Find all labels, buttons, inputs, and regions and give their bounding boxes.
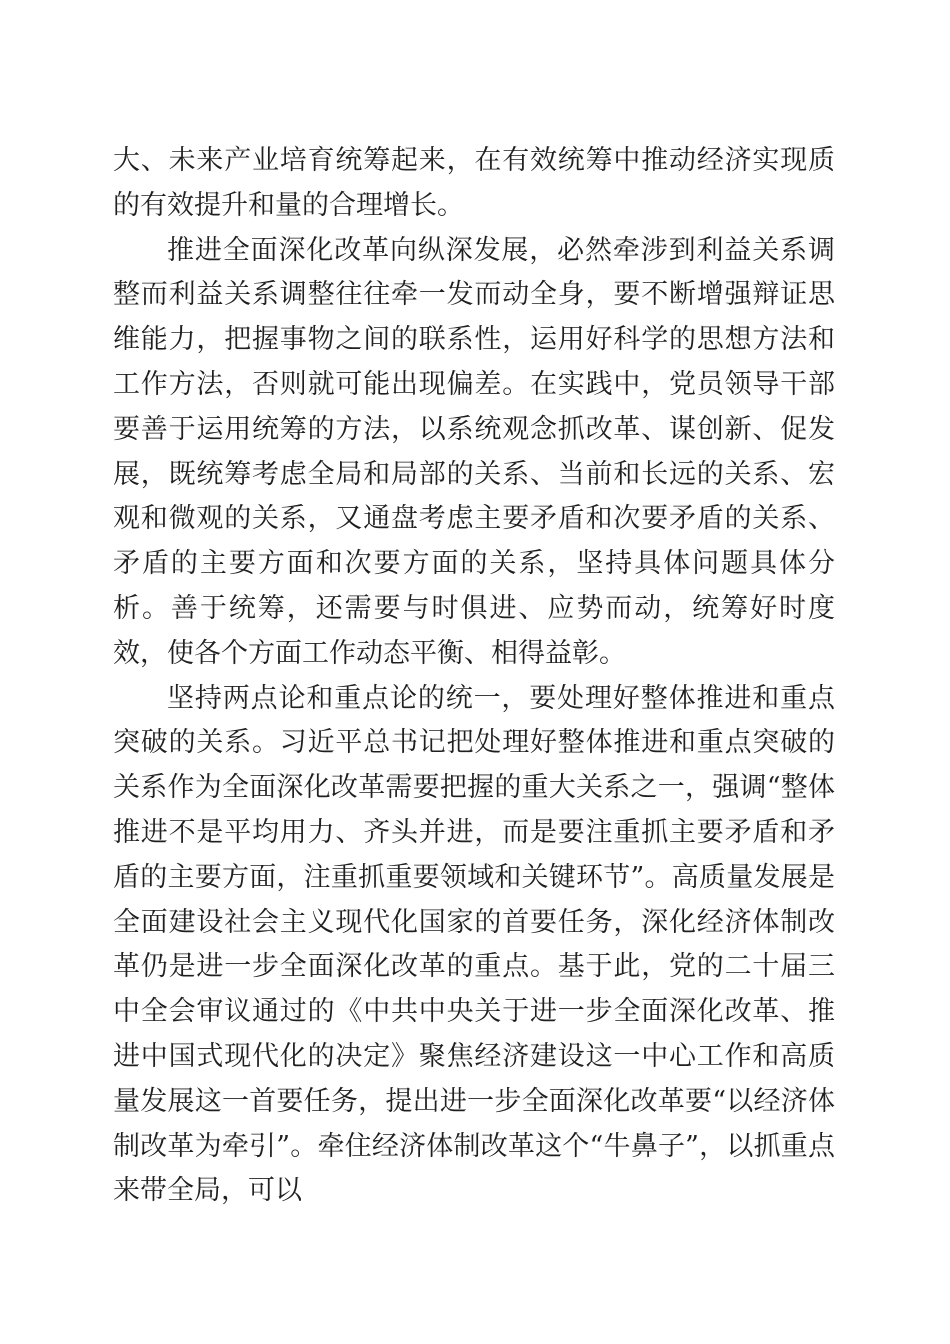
- paragraph-body-1: 推进全面深化改革向纵深发展，必然牵涉到利益关系调整而利益关系调整往往牵一发而动全…: [113, 229, 835, 677]
- page-text-content: 大、未来产业培育统筹起来，在有效统筹中推动经济实现质的有效提升和量的合理增长。 …: [113, 139, 835, 1214]
- paragraph-body-2: 坚持两点论和重点论的统一，要处理好整体推进和重点突破的关系。习近平总书记把处理好…: [113, 677, 835, 1215]
- document-page: 大、未来产业培育统筹起来，在有效统筹中推动经济实现质的有效提升和量的合理增长。 …: [0, 0, 950, 1344]
- paragraph-continuation: 大、未来产业培育统筹起来，在有效统筹中推动经济实现质的有效提升和量的合理增长。: [113, 139, 835, 229]
